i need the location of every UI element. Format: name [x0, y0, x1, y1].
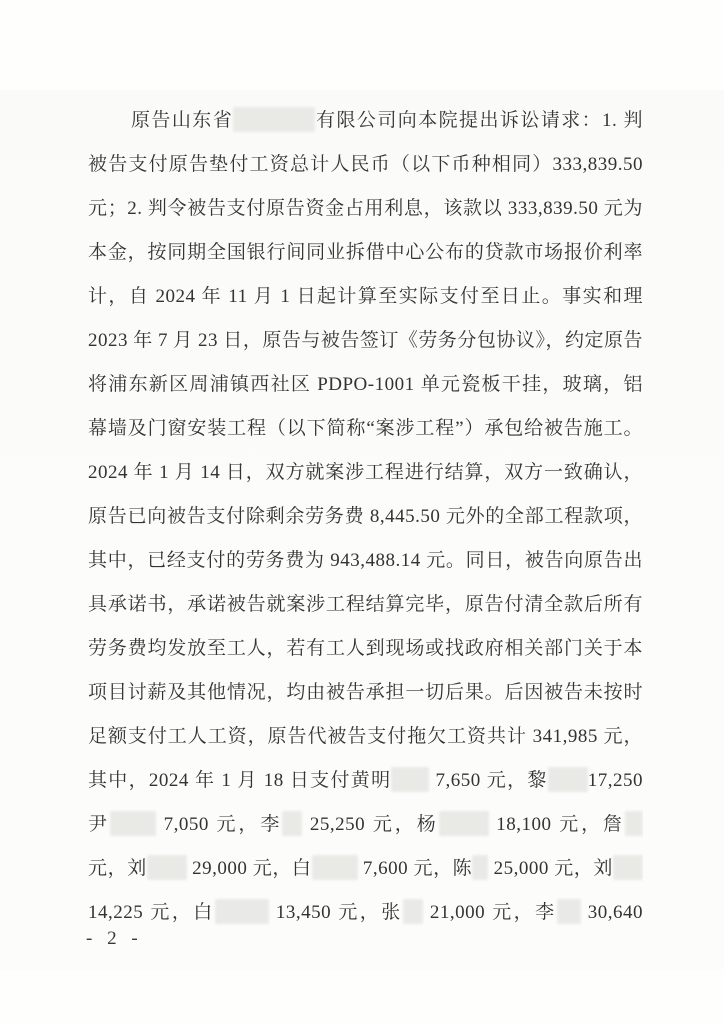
- document-line: 劳务费均发放至工人，若有工人到现场或找政府相关部门关于本: [88, 627, 643, 671]
- redaction-box: [215, 899, 269, 924]
- document-line: 元；2. 判令被告支付原告资金占用利息，该款以 333,839.50 元为: [88, 187, 643, 231]
- document-line: 元，刘 29,000 元，白 7,600 元，陈 25,000 元，刘: [88, 847, 643, 891]
- text-segment: 其中，2024 年 1 月 18 日支付黄明: [88, 770, 391, 791]
- text-segment: 尹: [88, 814, 110, 835]
- text-segment: 25,250 元，杨: [302, 814, 438, 835]
- document-line: 计，自 2024 年 11 月 1 日起计算至实际支付至日止。事实和理由：: [88, 275, 643, 319]
- text-segment: 14,225 元，白: [88, 902, 215, 923]
- document-line: 具承诺书，承诺被告就案涉工程结算完毕，原告付清全款后所有: [88, 583, 643, 627]
- text-segment: 元，刘: [88, 858, 147, 879]
- page-number: - 2 -: [86, 928, 143, 950]
- text-segment: 具承诺书，承诺被告就案涉工程结算完毕，原告付清全款后所有: [88, 594, 643, 615]
- text-segment: 幕墙及门窗安装工程（以下简称“案涉工程”）承包给被告施工。: [88, 418, 643, 439]
- document-line: 项目讨薪及其他情况，均由被告承担一切后果。后因被告未按时: [88, 671, 643, 715]
- text-segment: 13,450 元，张: [269, 902, 403, 923]
- document-line: 2023 年 7 月 23 日，原告与被告签订《劳务分包协议》，约定原告: [88, 319, 643, 363]
- redaction-box: [110, 811, 156, 836]
- redaction-box: [147, 855, 187, 880]
- redaction-box: [403, 899, 423, 924]
- text-segment: 本金，按同期全国银行间同业拆借中心公布的贷款市场报价利率: [88, 242, 643, 263]
- text-segment: 元；2. 判令被告支付原告资金占用利息，该款以 333,839.50 元为: [88, 198, 643, 219]
- redaction-box: [625, 811, 643, 836]
- document-line: 将浦东新区周浦镇西社区 PDPO-1001 单元瓷板干挂，玻璃，铝板: [88, 363, 643, 407]
- text-segment: 7,600 元，陈: [358, 858, 473, 879]
- text-segment: 原告山东省: [131, 110, 233, 131]
- document-line: 尹 7,050 元，李 25,250 元，杨 18,100 元，詹 6,000: [88, 803, 643, 847]
- text-segment: 其中，已经支付的劳务费为 943,488.14 元。同日，被告向原告出: [88, 550, 643, 571]
- document-line: 其中，已经支付的劳务费为 943,488.14 元。同日，被告向原告出: [88, 539, 643, 583]
- text-segment: 29,000 元，白: [187, 858, 312, 879]
- text-segment: 劳务费均发放至工人，若有工人到现场或找政府相关部门关于本: [88, 638, 643, 659]
- redaction-box: [391, 767, 429, 792]
- text-segment: 7,050 元，李: [156, 814, 282, 835]
- text-segment: 7,650 元，黎: [429, 770, 547, 791]
- redaction-box: [233, 107, 315, 132]
- text-segment: 原告已向被告支付除剩余劳务费 8,445.50 元外的全部工程款项，: [88, 506, 643, 527]
- text-segment: 项目讨薪及其他情况，均由被告承担一切后果。后因被告未按时: [88, 682, 643, 703]
- text-segment: 计，自 2024 年 11 月 1 日起计算至实际支付至日止。事实和理由：: [88, 286, 643, 319]
- document-body: 原告山东省有限公司向本院提出诉讼请求：1. 判令被告支付原告垫付工资总计人民币（…: [88, 99, 643, 935]
- redaction-box: [472, 855, 488, 880]
- document-page: 原告山东省有限公司向本院提出诉讼请求：1. 判令被告支付原告垫付工资总计人民币（…: [0, 0, 724, 1024]
- redaction-box: [613, 855, 643, 880]
- document-line: 其中，2024 年 1 月 18 日支付黄明 7,650 元，黎17,250 元…: [88, 759, 643, 803]
- text-segment: 18,100 元，詹: [489, 814, 625, 835]
- document-line: 原告已向被告支付除剩余劳务费 8,445.50 元外的全部工程款项，: [88, 495, 643, 539]
- document-line: 本金，按同期全国银行间同业拆借中心公布的贷款市场报价利率: [88, 231, 643, 275]
- text-segment: 将浦东新区周浦镇西社区 PDPO-1001 单元瓷板干挂，玻璃，铝板: [88, 374, 643, 407]
- document-line: 被告支付原告垫付工资总计人民币（以下币种相同）333,839.50: [88, 143, 643, 187]
- redaction-box: [548, 767, 588, 792]
- document-line: 足额支付工人工资，原告代被告支付拖欠工资共计 341,985 元，: [88, 715, 643, 759]
- document-line: 14,225 元，白 13,450 元，张 21,000 元，李 30,640 …: [88, 891, 643, 935]
- text-segment: 25,000 元，刘: [488, 858, 613, 879]
- text-segment: 2023 年 7 月 23 日，原告与被告签订《劳务分包协议》，约定原告: [88, 330, 643, 351]
- text-segment: 被告支付原告垫付工资总计人民币（以下币种相同）333,839.50: [88, 154, 643, 175]
- document-line: 2024 年 1 月 14 日，双方就案涉工程进行结算，双方一致确认，: [88, 451, 643, 495]
- text-segment: 足额支付工人工资，原告代被告支付拖欠工资共计 341,985 元，: [88, 726, 643, 747]
- redaction-box: [557, 899, 581, 924]
- document-line: 原告山东省有限公司向本院提出诉讼请求：1. 判令: [88, 99, 643, 143]
- document-line: 幕墙及门窗安装工程（以下简称“案涉工程”）承包给被告施工。: [88, 407, 643, 451]
- redaction-box: [439, 811, 489, 836]
- redaction-box: [312, 855, 358, 880]
- redaction-box: [282, 811, 302, 836]
- text-segment: 21,000 元，李: [423, 902, 557, 923]
- text-segment: 2024 年 1 月 14 日，双方就案涉工程进行结算，双方一致确认，: [88, 462, 643, 483]
